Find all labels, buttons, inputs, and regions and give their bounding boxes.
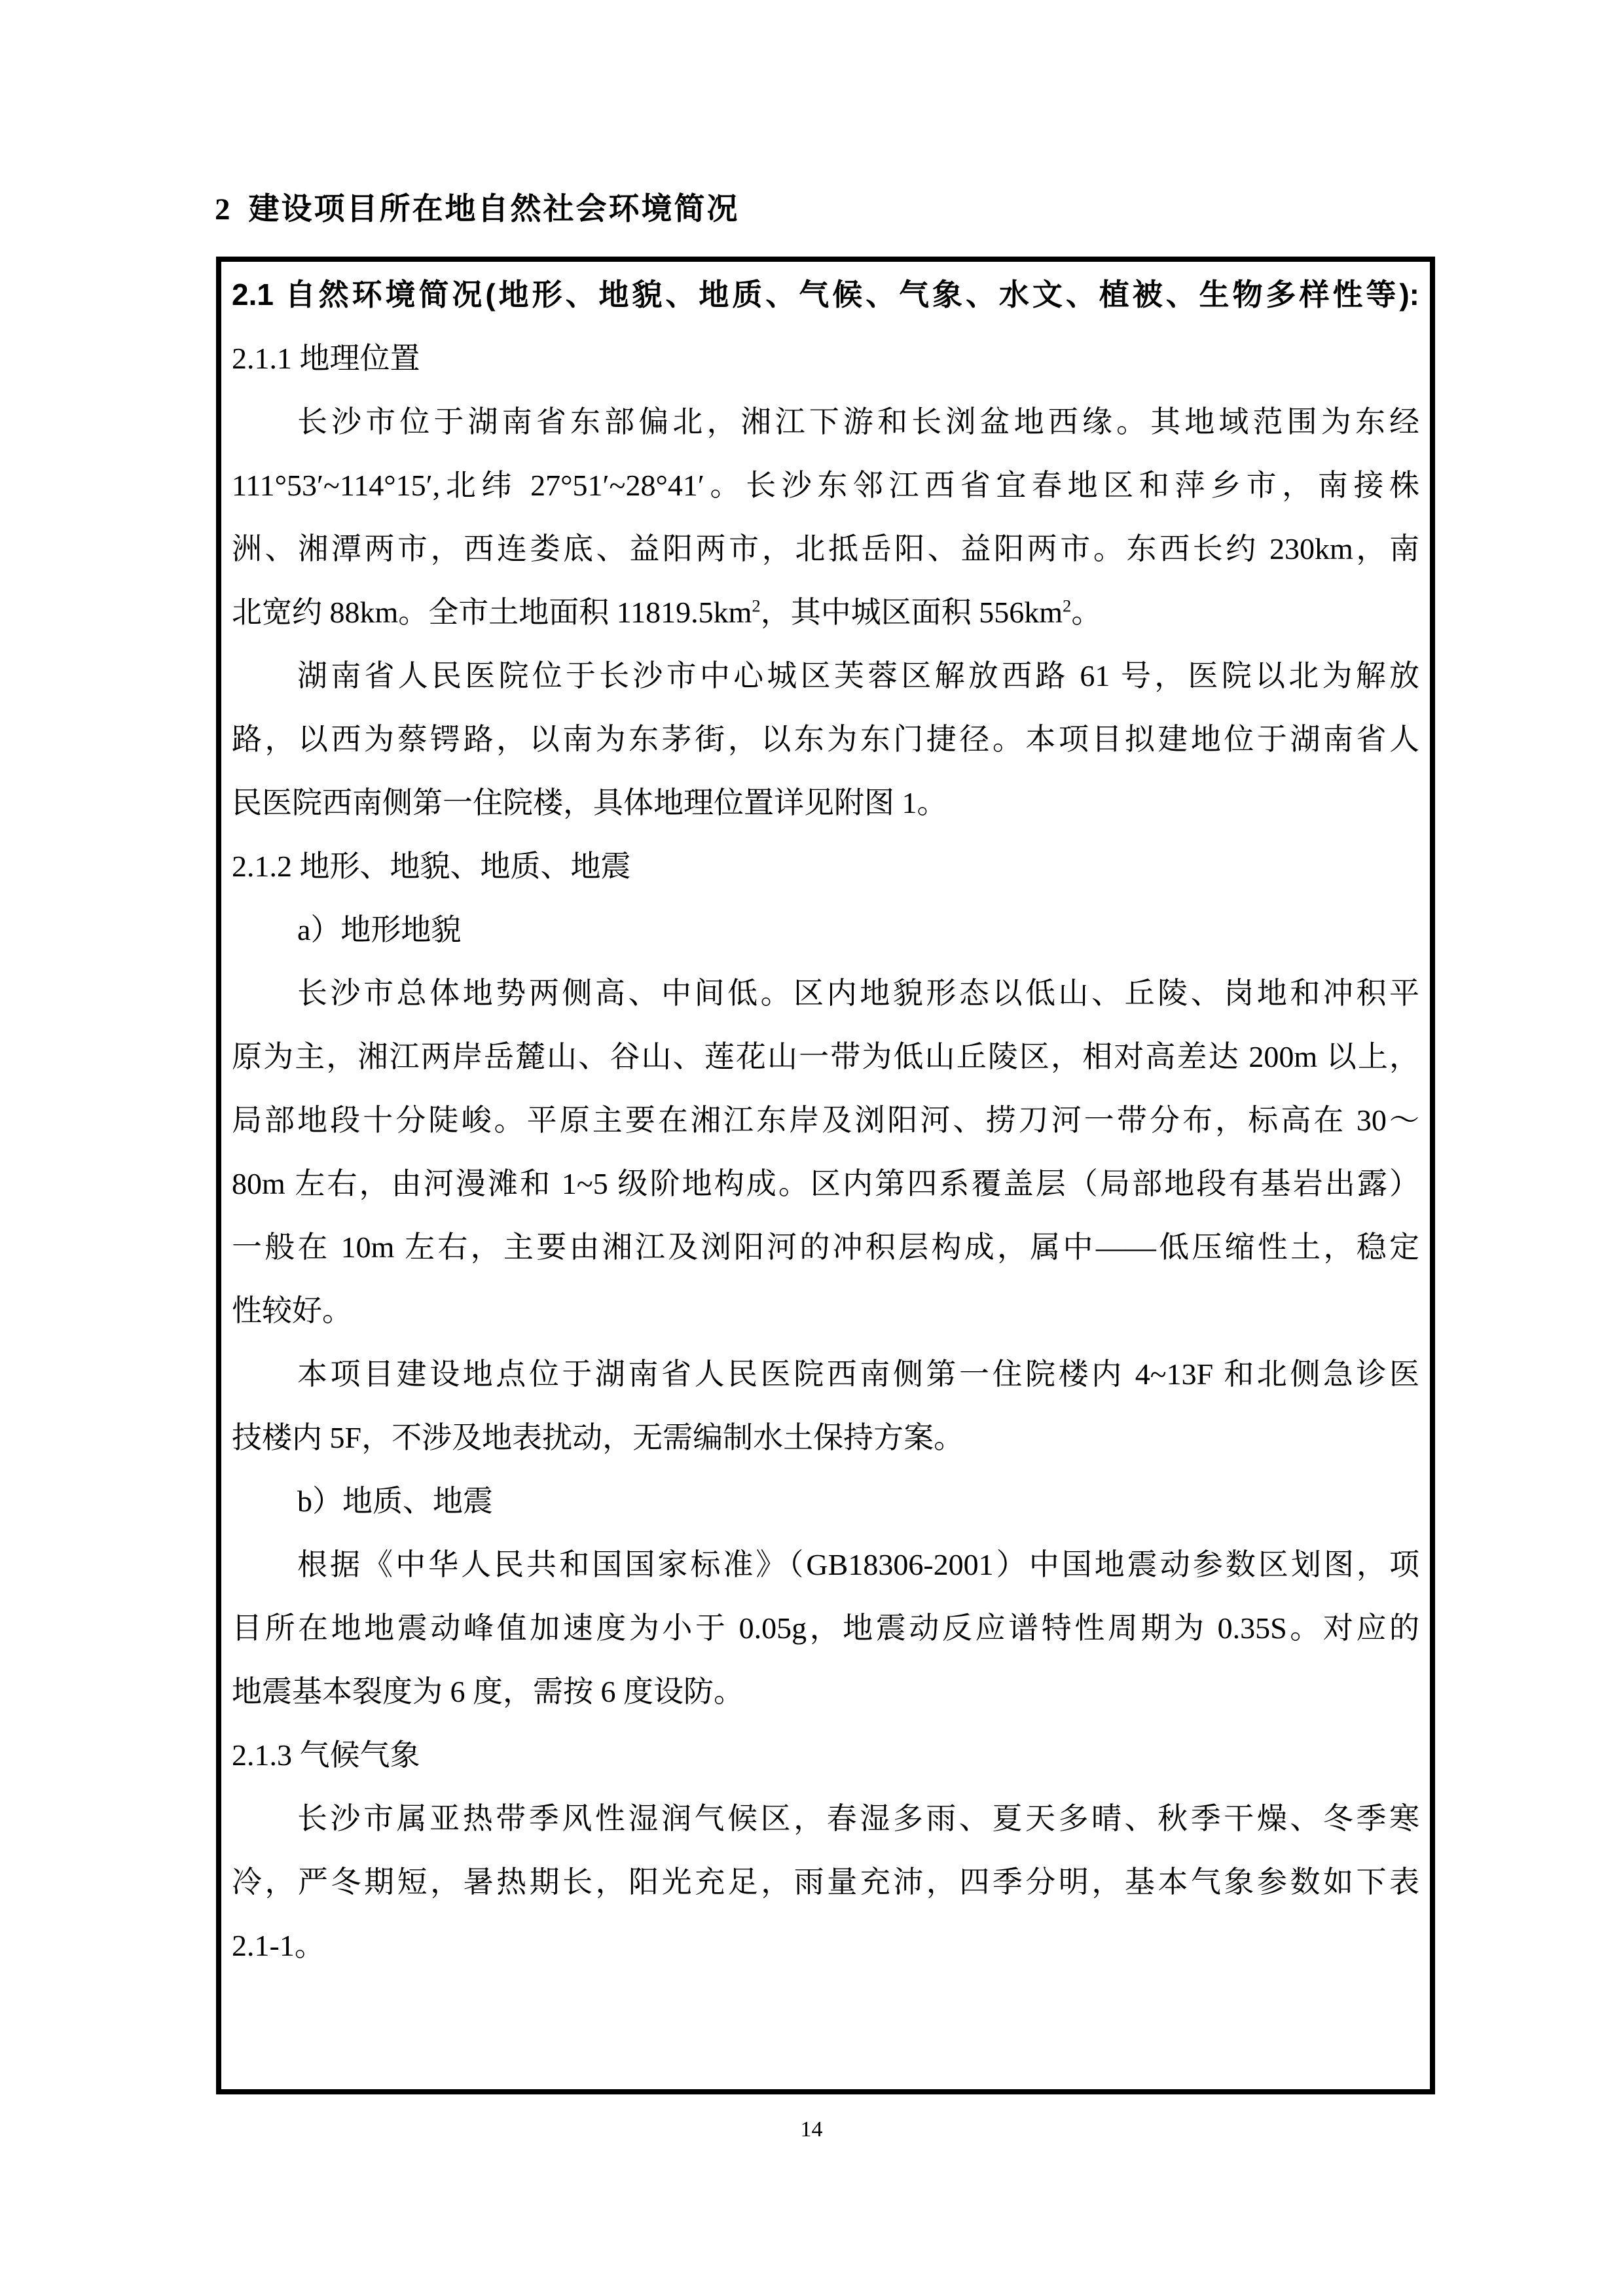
- text-line: 2.1.1 地理位置: [232, 327, 1419, 390]
- text-line: 北宽约 88km。全市土地面积 11819.5km2，其中城区面积 556km2…: [232, 581, 1419, 644]
- content-box: 2.1 自然环境简况(地形、地貌、地质、气候、气象、水文、植被、生物多样性等):…: [216, 257, 1435, 2094]
- chapter-number: 2: [215, 192, 230, 226]
- document-page: 2建设项目所在地自然社会环境简况 2.1 自然环境简况(地形、地貌、地质、气候、…: [0, 0, 1623, 2296]
- text-line: 性较好。: [232, 1279, 1419, 1342]
- chapter-title: 2建设项目所在地自然社会环境简况: [215, 190, 740, 228]
- text-line: 路，以西为蔡锷路，以南为东茅街，以东为东门捷径。本项目拟建地位于湖南省人: [232, 708, 1419, 771]
- text-line: 洲、湘潭两市，西连娄底、益阳两市，北抵岳阳、益阳两市。东西长约 230km，南: [232, 517, 1419, 581]
- chapter-title-text: 建设项目所在地自然社会环境简况: [249, 191, 740, 226]
- text-line: b）地质、地震: [232, 1469, 1419, 1533]
- text-line: 长沙市总体地势两侧高、中间低。区内地貌形态以低山、丘陵、岗地和冲积平: [232, 961, 1419, 1025]
- page-number: 14: [0, 2117, 1623, 2143]
- text-line: 111°53′~114°15′,北纬 27°51′~28°41′。长沙东邻江西省…: [232, 454, 1419, 517]
- text-line: 本项目建设地点位于湖南省人民医院西南侧第一住院楼内 4~13F 和北侧急诊医: [232, 1342, 1419, 1406]
- text-line: 目所在地地震动峰值加速度为小于 0.05g，地震动反应谱特性周期为 0.35S。…: [232, 1596, 1419, 1660]
- text-line: 2.1.3 气候气象: [232, 1723, 1419, 1787]
- section-heading: 2.1 自然环境简况(地形、地貌、地质、气候、气象、水文、植被、生物多样性等):: [232, 263, 1419, 327]
- text-line: 2.1-1。: [232, 1914, 1419, 1977]
- text-line: 长沙市位于湖南省东部偏北，湘江下游和长浏盆地西缘。其地域范围为东经: [232, 390, 1419, 454]
- text-line: 80m 左右，由河漫滩和 1~5 级阶地构成。区内第四系覆盖层（局部地段有基岩出…: [232, 1152, 1419, 1215]
- text-line: 民医院西南侧第一住院楼，具体地理位置详见附图 1。: [232, 771, 1419, 834]
- text-line: 长沙市属亚热带季风性湿润气候区，春湿多雨、夏天多晴、秋季干燥、冬季寒: [232, 1787, 1419, 1850]
- text-line: 技楼内 5F，不涉及地表扰动，无需编制水土保持方案。: [232, 1406, 1419, 1469]
- text-line: 局部地段十分陡峻。平原主要在湘江东岸及浏阳河、捞刀河一带分布，标高在 30～: [232, 1088, 1419, 1152]
- text-line: 2.1.2 地形、地貌、地质、地震: [232, 834, 1419, 898]
- text-line: 湖南省人民医院位于长沙市中心城区芙蓉区解放西路 61 号，医院以北为解放: [232, 644, 1419, 708]
- superscript: 2: [752, 596, 760, 616]
- text-line: 根据《中华人民共和国国家标准》（GB18306-2001）中国地震动参数区划图，…: [232, 1533, 1419, 1596]
- text-line: 冷，严冬期短，暑热期长，阳光充足，雨量充沛，四季分明，基本气象参数如下表: [232, 1850, 1419, 1914]
- text-line: 原为主，湘江两岸岳麓山、谷山、莲花山一带为低山丘陵区，相对高差达 200m 以上…: [232, 1025, 1419, 1088]
- text-line: 一般在 10m 左右，主要由湘江及浏阳河的冲积层构成，属中——低压缩性土，稳定: [232, 1215, 1419, 1279]
- text-line: 地震基本裂度为 6 度，需按 6 度设防。: [232, 1660, 1419, 1723]
- text-line: a）地形地貌: [232, 898, 1419, 961]
- superscript: 2: [1063, 596, 1071, 616]
